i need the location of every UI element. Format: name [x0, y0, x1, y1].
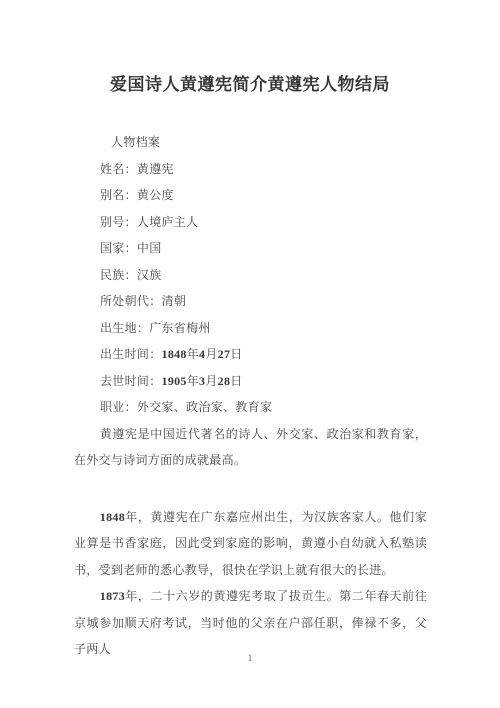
field-value: 1905年3月28日 — [162, 374, 243, 388]
field-label: 职业： — [100, 400, 137, 414]
archive-field-birthplace: 出生地：广东省梅州 — [74, 315, 427, 342]
field-value: 黄公度 — [137, 188, 174, 202]
archive-field-ethnicity: 民族：汉族 — [74, 262, 427, 289]
document-page: 爱国诗人黄遵宪简介黄遵宪人物结局 人物档案 姓名：黄遵宪 别名：黄公度 别号：人… — [0, 0, 500, 708]
page-number: 1 — [0, 653, 500, 663]
field-value: 人境庐主人 — [137, 215, 199, 229]
page-title: 爱国诗人黄遵宪简介黄遵宪人物结局 — [0, 0, 500, 97]
field-label: 姓名： — [100, 162, 137, 176]
field-label: 民族： — [100, 268, 137, 282]
archive-field-dynasty: 所处朝代：清朝 — [74, 288, 427, 315]
archive-field-alias: 别名：黄公度 — [74, 182, 427, 209]
archive-field-birthdate: 出生时间：1848年4月27日 — [74, 341, 427, 368]
archive-field-country: 国家：中国 — [74, 235, 427, 262]
field-value: 清朝 — [162, 294, 187, 308]
field-value: 广东省梅州 — [149, 321, 211, 335]
field-label: 别号： — [100, 215, 137, 229]
field-value: 汉族 — [137, 268, 162, 282]
field-label: 所处朝代： — [100, 294, 162, 308]
archive-field-deathdate: 去世时间：1905年3月28日 — [74, 368, 427, 395]
archive-section-header: 人物档案 — [74, 129, 427, 156]
summary-paragraph: 黄遵宪是中国近代著名的诗人、外交家、政治家和教育家，在外交与诗词方面的成就最高。 — [74, 421, 427, 474]
archive-field-occupation: 职业：外交家、政治家、教育家 — [74, 394, 427, 421]
biography-paragraph-1848: 1848年，黄遵宪在广东嘉应州出生，为汉族客家人。他们家业算是书香家庭，因此受到… — [74, 504, 427, 584]
field-label: 出生时间： — [100, 347, 162, 361]
field-value: 1848年4月27日 — [162, 347, 243, 361]
field-value: 外交家、政治家、教育家 — [137, 400, 272, 414]
field-label: 别名： — [100, 188, 137, 202]
paragraph-spacer — [74, 474, 427, 504]
archive-field-sobriquet: 别号：人境庐主人 — [74, 209, 427, 236]
field-label: 去世时间： — [100, 374, 162, 388]
field-label: 国家： — [100, 241, 137, 255]
document-body: 人物档案 姓名：黄遵宪 别名：黄公度 别号：人境庐主人 国家：中国 民族：汉族 … — [0, 129, 500, 663]
field-value: 黄遵宪 — [137, 162, 174, 176]
field-value: 中国 — [137, 241, 162, 255]
field-label: 出生地： — [100, 321, 149, 335]
biography-paragraph-1873: 1873年，二十六岁的黄遵宪考取了拔贡生。第二年春天前往京城参加顺天府考试，当时… — [74, 583, 427, 663]
archive-field-name: 姓名：黄遵宪 — [74, 156, 427, 183]
